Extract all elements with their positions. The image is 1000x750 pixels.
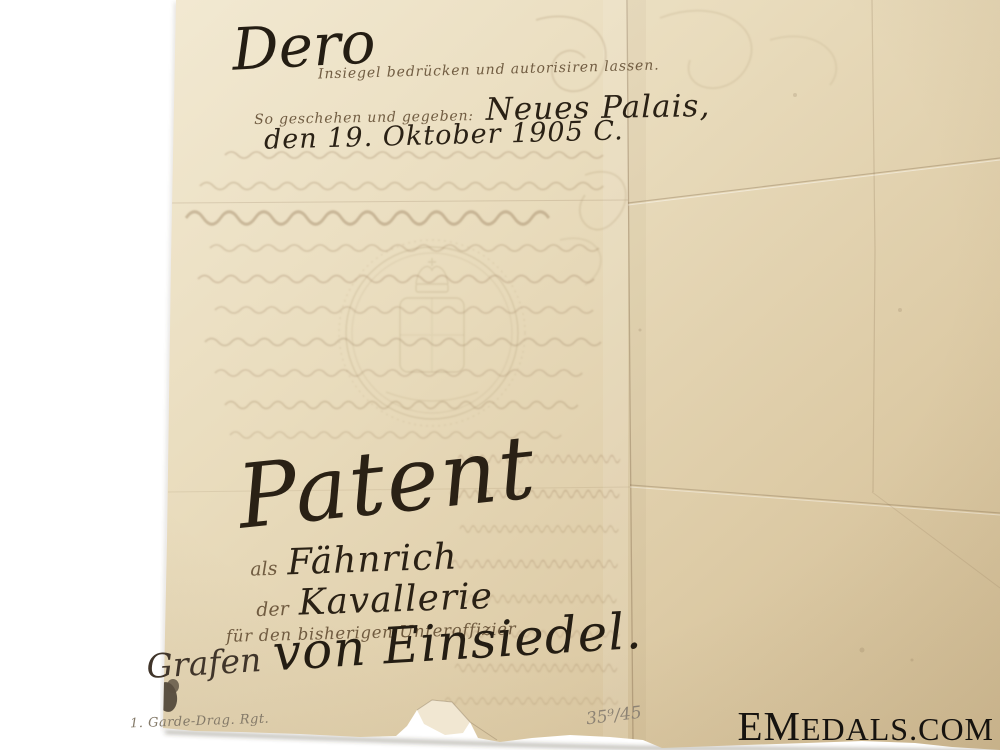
rank-word: Fähnrich bbox=[286, 536, 458, 583]
watermark-part-suffix: .COM bbox=[909, 711, 994, 747]
watermark-part-mid: EDALS bbox=[801, 711, 909, 747]
watermark-part-large: EM bbox=[737, 703, 801, 749]
photo-frame: Dero Insiegel bedrücken und autorisiren … bbox=[0, 0, 1000, 750]
der-word: der bbox=[256, 598, 289, 621]
als-word: als bbox=[250, 558, 278, 581]
grafen-word: Grafen bbox=[145, 640, 262, 686]
emedals-watermark: EMEDALS.COM bbox=[737, 706, 994, 747]
